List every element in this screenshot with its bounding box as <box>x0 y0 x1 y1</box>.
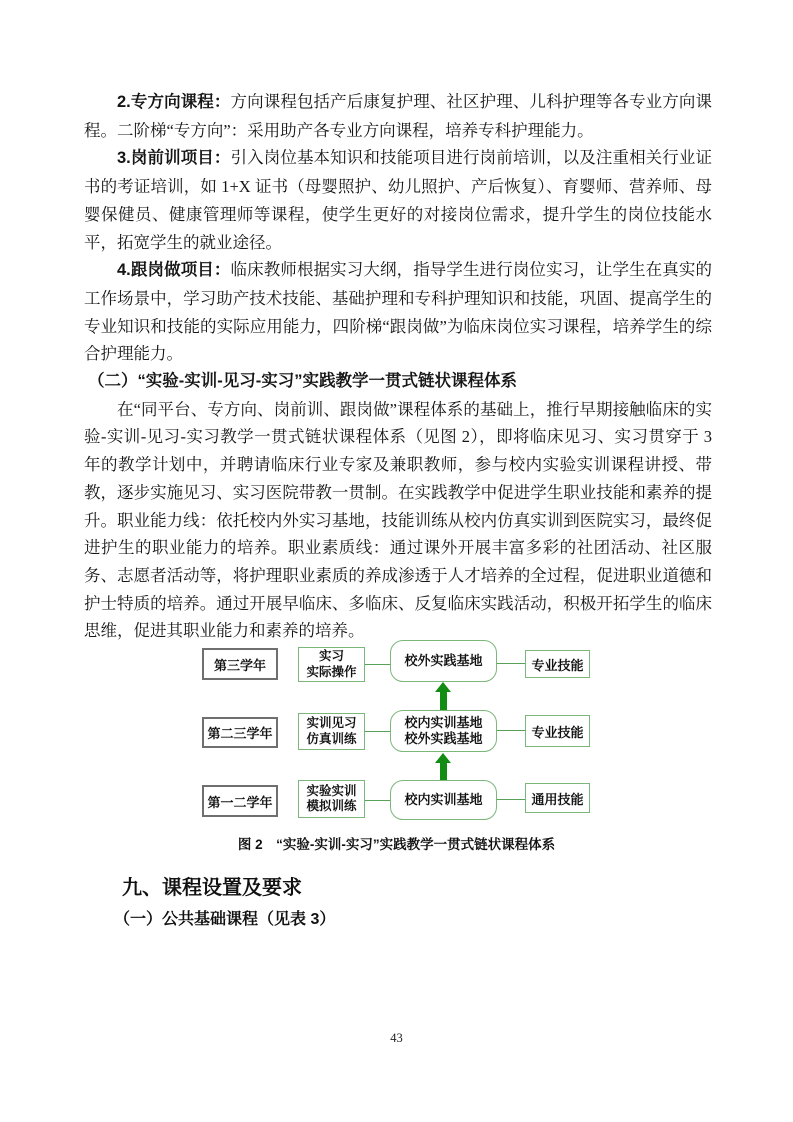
paragraph-2: 2.专方向课程：方向课程包括产后康复护理、社区护理、儿科护理等各专业方向课程。二… <box>84 88 712 144</box>
connector-line <box>497 799 525 800</box>
section-2-body-text: 在“同平台、专方向、岗前训、跟岗做”课程体系的基础上，推行早期接触临床的实验-实… <box>84 400 712 641</box>
paragraph-3: 3.岗前训项目：引入岗位基本知识和技能项目进行岗前培训，以及注重相关行业证书的考… <box>84 144 712 256</box>
page-number: 43 <box>0 1031 793 1046</box>
year-box-row2: 第二三学年 <box>202 717 278 748</box>
base-box-row1: 校外实践基地 <box>390 640 497 682</box>
skill-box-row2: 专业技能 <box>525 715 590 747</box>
base-box-row2: 校内实训基地 校外实践基地 <box>390 710 497 752</box>
section-2-body: 在“同平台、专方向、岗前训、跟岗做”课程体系的基础上，推行早期接触临床的实验-实… <box>84 396 712 645</box>
method-box-row1: 实习 实际操作 <box>298 647 365 682</box>
connector-line <box>497 663 525 664</box>
year-box-row1: 第三学年 <box>202 648 278 680</box>
section-1-subheading: （一）公共基础课程（见表 3） <box>84 906 712 929</box>
connector-line <box>365 664 390 665</box>
paragraph-3-lead: 3.岗前训项目： <box>117 149 231 167</box>
body-text: 2.专方向课程：方向课程包括产后康复护理、社区护理、儿科护理等各专业方向课程。二… <box>84 88 712 645</box>
connector-line <box>497 730 525 731</box>
up-arrow-shaft <box>440 691 447 711</box>
connector-line <box>365 800 390 801</box>
method-box-row2: 实训见习 仿真训练 <box>298 713 365 750</box>
figure-2-caption: 图 2 “实验-实训-实习”实践教学一贯式链状课程体系 <box>0 833 793 853</box>
chapter-9-heading: 九、课程设置及要求 <box>84 871 712 900</box>
paragraph-4-lead: 4.跟岗做项目： <box>117 261 231 279</box>
skill-box-row3: 通用技能 <box>525 783 590 813</box>
base-box-row3: 校内实训基地 <box>390 780 497 820</box>
paragraph-4: 4.跟岗做项目：临床教师根据实习大纲，指导学生进行岗位实习，让学生在真实的工作场… <box>84 256 712 368</box>
section-2-heading: （二）“实验-实训-见习-实习”实践教学一贯式链状课程体系 <box>84 368 712 396</box>
connector-line <box>365 731 390 732</box>
document-page: 2.专方向课程：方向课程包括产后康复护理、社区护理、儿科护理等各专业方向课程。二… <box>0 0 793 1122</box>
skill-box-row1: 专业技能 <box>525 650 590 678</box>
paragraph-2-lead: 2.专方向课程： <box>117 93 231 111</box>
figure-2-diagram: 第三学年 实习 实际操作 校外实践基地 专业技能 第二三学年 实训见习 仿真训练… <box>200 640 600 825</box>
up-arrow-shaft <box>440 762 447 781</box>
year-box-row3: 第一二学年 <box>202 785 278 817</box>
method-box-row3: 实验实训 模拟训练 <box>298 780 365 818</box>
